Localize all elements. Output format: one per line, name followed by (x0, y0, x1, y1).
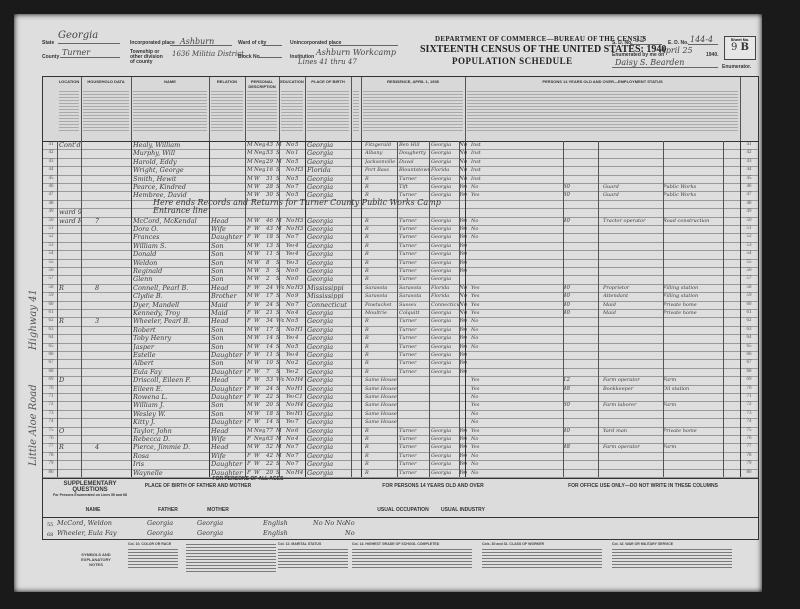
margin-note-road: Little Aloe Road (28, 384, 39, 466)
cell-race: W (254, 175, 265, 183)
line-number: 72 (44, 402, 58, 407)
cell-res-city: Sarasota (365, 292, 397, 300)
col-employment: PERSONS 14 YEARS OLD AND OVER—EMPLOYMENT… (465, 77, 741, 141)
cell-res-city: R (365, 275, 397, 283)
cell-ms: Wd (276, 284, 284, 292)
cell-sch: No (286, 452, 294, 460)
cell-res-state: Georgia (431, 351, 459, 359)
cell-birth: Connecticut (307, 301, 351, 309)
enumerated-date: April 25 (660, 46, 693, 55)
cell-ms: M (276, 452, 284, 460)
cell-grade: 5 (295, 343, 305, 351)
column-rule (459, 141, 460, 477)
line-number-right: 43 (742, 159, 756, 164)
cell-ms: S (276, 343, 284, 351)
cell-rel: Daughter (211, 418, 245, 426)
cell-grade: 4 (295, 250, 305, 258)
column-rule (598, 141, 599, 477)
cell-res-city: R (365, 469, 397, 477)
column-rule (57, 141, 58, 477)
year-suffix: 1940. (706, 52, 719, 58)
cell-race: Neg (254, 141, 265, 149)
cell-occ: Maid (603, 309, 663, 317)
cell-res-city: R (365, 452, 397, 460)
cell-age: 17 (266, 292, 275, 300)
cell-emp: No (471, 334, 483, 342)
cell-ind: Farm (663, 401, 723, 409)
cell-grade: 7 (295, 301, 305, 309)
unincorporated-underline (330, 45, 398, 46)
cell-res-state: Georgia (431, 233, 459, 241)
cell-ms: Wd (276, 317, 284, 325)
cell-rel: Son (211, 267, 245, 275)
line-number-right: 45 (742, 176, 756, 181)
line-number: 50 (44, 218, 58, 223)
cell-res-city: Same House (365, 393, 397, 401)
sheet-number-box: Sheet No. 9 B (724, 36, 756, 60)
cell-res-city: R (365, 225, 397, 233)
state-value: Georgia (58, 30, 98, 41)
cell-age: 13 (266, 242, 275, 250)
cell-birth: Georgia (307, 158, 351, 166)
cell-res-state: Georgia (431, 359, 459, 367)
supp-all-ages-header: FOR PERSONS OF ALL AGES (193, 476, 303, 482)
cell-res-city: R (365, 326, 397, 334)
line-number: 47 (44, 192, 58, 197)
cell-birth: Georgia (307, 334, 351, 342)
cell-birth: Georgia (307, 309, 351, 317)
cell-race: W (254, 376, 265, 384)
cell-ms: M (276, 158, 284, 166)
cell-loc: ward R (59, 217, 81, 225)
cell-sex: M (247, 427, 253, 435)
cell-sex: F (247, 393, 253, 401)
cell-name: Harold, Eddy (133, 158, 209, 166)
cell-occ: Guard (603, 183, 663, 191)
cell-rel: Son (211, 250, 245, 258)
supp-social-security: No (345, 527, 355, 539)
cell-ms: S (276, 401, 284, 409)
cell-name: Estelle (133, 351, 209, 359)
cell-res-state: Georgia (431, 250, 459, 258)
cell-emp: No (471, 183, 483, 191)
cell-birth: Georgia (307, 435, 351, 443)
cell-name: Taylor, John (133, 427, 209, 435)
cell-ms: S (276, 250, 284, 258)
cell-res-county: Dougherty (399, 149, 429, 157)
incorporated-underline (170, 45, 232, 46)
cell-emp: No (471, 435, 483, 443)
cell-ms: M (276, 217, 284, 225)
cell-race: W (254, 351, 265, 359)
cell-sch: Yes (286, 242, 294, 250)
cell-rel: Daughter (211, 351, 245, 359)
cell-emp: Yes (471, 401, 483, 409)
cell-ms: S (276, 292, 284, 300)
cell-occ: Guard (603, 191, 663, 199)
cell-res-state: Georgia (431, 334, 459, 342)
cell-sex: M (247, 334, 253, 342)
cell-hh: 4 (95, 443, 109, 451)
incorporated-label: Incorporated place (130, 40, 175, 46)
cell-grade: H1 (295, 410, 305, 418)
cell-sex: F (247, 233, 253, 241)
cell-emp: Yes (471, 427, 483, 435)
cell-res-state: Georgia (431, 343, 459, 351)
cell-age: 24 (266, 385, 275, 393)
cell-age: 21 (266, 309, 275, 317)
cell-res-city: Jacksonville (365, 158, 397, 166)
cell-sch: No (286, 275, 294, 283)
line-number-right: 70 (742, 386, 756, 391)
cell-res-state: Georgia (431, 217, 459, 225)
line-number: 54 (44, 251, 58, 256)
cell-sch: No (286, 435, 294, 443)
cell-ms: S (276, 359, 284, 367)
line-number: 48 (44, 201, 58, 206)
cell-birth: Georgia (307, 460, 351, 468)
cell-res-state: Georgia (431, 452, 459, 460)
cell-age: 43 (266, 225, 275, 233)
row-annotation: Entrance line (153, 206, 208, 215)
cell-race: W (254, 401, 265, 409)
cell-sch: No (286, 401, 294, 409)
cell-birth: Georgia (307, 452, 351, 460)
cell-loc: O (59, 427, 81, 435)
cell-emp: No (471, 317, 483, 325)
line-number: 70 (44, 386, 58, 391)
cell-sch: No (286, 149, 294, 157)
cell-res-county: Turner (399, 469, 429, 477)
cell-sex: M (247, 275, 253, 283)
cell-res-state: Georgia (431, 309, 459, 317)
cell-res-state: Georgia (431, 149, 459, 157)
cell-ms: S (276, 242, 284, 250)
cell-age: 53 (266, 376, 275, 384)
cell-birth: Georgia (307, 242, 351, 250)
cell-age: 24 (266, 301, 275, 309)
column-rule (429, 141, 430, 477)
column-rule (740, 141, 741, 477)
cell-ms: S (276, 385, 284, 393)
cell-emp: No (471, 469, 483, 477)
cell-ind: Farm (663, 376, 723, 384)
cell-birth: Mississippi (307, 292, 351, 300)
cell-sex: M (247, 326, 253, 334)
cell-race: Neg (254, 166, 265, 174)
cell-res-city: Same House (365, 385, 397, 393)
sd-value: 12 (635, 35, 645, 44)
line-number-right: 41 (742, 142, 756, 147)
supp-veteran: No No No (313, 517, 346, 529)
line-number: 75 (44, 428, 58, 433)
line-number: 71 (44, 394, 58, 399)
line-number: 56 (44, 268, 58, 273)
cell-hours: 12 (563, 376, 577, 384)
state-label: State (42, 40, 54, 46)
cell-birth: Georgia (307, 275, 351, 283)
cell-res-county: Turner (399, 275, 429, 283)
cell-grade: 7 (295, 460, 305, 468)
cell-emp: No (471, 393, 483, 401)
cell-hh: 7 (95, 217, 109, 225)
cell-hh: 3 (95, 317, 109, 325)
cell-sex: M (247, 250, 253, 258)
cell-sex: F (247, 460, 253, 468)
cell-res-state: Georgia (431, 259, 459, 267)
cell-ms: S (276, 175, 284, 183)
line-number-right: 49 (742, 209, 756, 214)
cell-rel: Head (211, 376, 245, 384)
cell-birth: Georgia (307, 149, 351, 157)
cell-emp: Inst (471, 175, 483, 183)
line-number: 65 (44, 344, 58, 349)
cell-ms: Wd (276, 376, 284, 384)
institution-value: Ashburn Workcamp (316, 48, 396, 57)
cell-birth: Georgia (307, 217, 351, 225)
line-number-right: 54 (742, 251, 756, 256)
cell-name: Wesley W. (133, 410, 209, 418)
line-number: 80 (44, 470, 58, 475)
cell-res-county: Turner (399, 317, 429, 325)
cell-grade: 7 (295, 452, 305, 460)
cell-birth: Georgia (307, 359, 351, 367)
line-number-right: 61 (742, 310, 756, 315)
cell-res-city: Fitzgerald (365, 141, 397, 149)
cell-grade: 5 (295, 175, 305, 183)
cell-emp: Yes (471, 191, 483, 199)
note-col-10: Col. 10. COLOR OR RACE (128, 542, 178, 572)
cell-grade: H3 (295, 166, 305, 174)
cell-ms: S (276, 351, 284, 359)
cell-race: W (254, 317, 265, 325)
line-number: 73 (44, 411, 58, 416)
cell-res-state: Georgia (431, 275, 459, 283)
cell-hours: 60 (563, 401, 577, 409)
column-rule (723, 141, 724, 477)
supp-office-header: FOR OFFICE USE ONLY—DO NOT WRITE IN THES… (543, 483, 743, 489)
cell-loc: D (59, 376, 81, 384)
cell-res-county: Turner (399, 326, 429, 334)
cell-rel: Head (211, 217, 245, 225)
county-underline (60, 57, 120, 58)
cell-emp: Yes (471, 309, 483, 317)
cell-res-state: Georgia (431, 326, 459, 334)
cell-age: 24 (266, 284, 275, 292)
cell-res-state: Florida (431, 166, 459, 174)
cell-sex: M (247, 242, 253, 250)
cell-name: Reginald (133, 267, 209, 275)
cell-res-state: Georgia (431, 267, 459, 275)
cell-res-county: Turner (399, 267, 429, 275)
cell-name: Murphy, Will (133, 149, 209, 157)
cell-sex: M (247, 443, 253, 451)
cell-ind: Filling station (663, 284, 723, 292)
line-number-right: 64 (742, 335, 756, 340)
cell-ms: S (276, 183, 284, 191)
cell-birth: Georgia (307, 317, 351, 325)
cell-res-city: R (365, 359, 397, 367)
cell-age: 22 (266, 393, 275, 401)
cell-race: W (254, 225, 265, 233)
cell-sex: F (247, 385, 253, 393)
cell-age: 52 (266, 443, 275, 451)
symbols-heading: SYMBOLS AND EXPLANATORY NOTES (76, 552, 116, 567)
cell-rel: Daughter (211, 460, 245, 468)
cell-birth: Georgia (307, 410, 351, 418)
cell-sex: M (247, 217, 253, 225)
cell-res-county: Ben Hill (399, 141, 429, 149)
cell-ms: S (276, 259, 284, 267)
cell-ind: Road construction (663, 217, 723, 225)
cell-rel: Son (211, 401, 245, 409)
cell-rel: Son (211, 259, 245, 267)
cell-sex: F (247, 368, 253, 376)
cell-grade: 2 (295, 359, 305, 367)
cell-res-city: R (365, 217, 397, 225)
cell-res-city: Albany (365, 149, 397, 157)
line-number: 69 (44, 377, 58, 382)
cell-name: Pearce, Kindred (133, 183, 209, 191)
line-number-right: 73 (742, 411, 756, 416)
cell-name: Clydie B. (133, 292, 209, 300)
cell-res-state: Georgia (431, 242, 459, 250)
supp-name: Wheeler, Eula Fay (57, 527, 117, 539)
column-rule (361, 141, 362, 477)
cell-hours: 40 (563, 301, 577, 309)
cell-grade: H4 (295, 401, 305, 409)
cell-occ: Yard man (603, 427, 663, 435)
cell-occ: Farm operator (603, 376, 663, 384)
line-number-right: 42 (742, 150, 756, 155)
cell-grade: H4 (295, 376, 305, 384)
cell-res-county: Turner (399, 443, 429, 451)
cell-sex: M (247, 175, 253, 183)
cell-name: Eileen E. (133, 385, 209, 393)
cell-sch: No (286, 326, 294, 334)
cell-grade: 5 (295, 141, 305, 149)
line-number: 59 (44, 293, 58, 298)
cell-emp: No (471, 460, 483, 468)
cell-res-city: R (365, 443, 397, 451)
supp-mother-header: MOTHER (193, 507, 243, 513)
cell-res-county: Turner (399, 368, 429, 376)
line-number: 78 (44, 453, 58, 458)
cell-name: Jasper (133, 343, 209, 351)
cell-res-state: Georgia (431, 175, 459, 183)
cell-emp: No (471, 233, 483, 241)
supp-father: Georgia (147, 527, 173, 539)
cell-rel: Wife (211, 225, 245, 233)
cell-loc: Cont'd (59, 141, 81, 149)
cell-age: 34 (266, 317, 275, 325)
line-number: 63 (44, 327, 58, 332)
supp-language: English (263, 527, 288, 539)
cell-res-city: R (365, 435, 397, 443)
line-number: 66 (44, 352, 58, 357)
cell-name: Weldon (133, 259, 209, 267)
cell-grade: 4 (295, 242, 305, 250)
cell-emp: No (471, 326, 483, 334)
cell-grade: 4 (295, 351, 305, 359)
cell-hours: 48 (563, 385, 577, 393)
cell-race: W (254, 242, 265, 250)
cell-grade: 9 (295, 292, 305, 300)
line-number-right: 46 (742, 184, 756, 189)
cell-emp: Yes (471, 292, 483, 300)
cell-age: 14 (266, 343, 275, 351)
cell-grade: H3 (295, 217, 305, 225)
line-number: 67 (44, 360, 58, 365)
cell-name: McCord, McKendal (133, 217, 209, 225)
cell-ms: S (276, 301, 284, 309)
cell-age: 11 (266, 250, 275, 258)
cell-grade: 7 (295, 418, 305, 426)
supp-fourteen-header: FOR PERSONS 14 YEARS OLD AND OVER (363, 483, 503, 489)
cell-name: Albert (133, 359, 209, 367)
note-marital: Col. 12. MARITAL STATUS (278, 542, 348, 572)
cell-occ: Maid (603, 301, 663, 309)
cell-sex: M (247, 359, 253, 367)
cell-grade: 0 (295, 275, 305, 283)
line-number: 68 (44, 369, 58, 374)
cell-race: W (254, 217, 265, 225)
cell-name: Healy, William (133, 141, 209, 149)
cell-loc: ward 9 (59, 208, 82, 216)
column-rule (209, 141, 210, 477)
line-number-right: 47 (742, 192, 756, 197)
cell-res-county: Turner (399, 225, 429, 233)
ed-value: 144-4 (690, 35, 713, 44)
line-number-right: 51 (742, 226, 756, 231)
cell-emp: Yes (471, 385, 483, 393)
line-number: 58 (44, 285, 58, 290)
line-number-right: 71 (742, 394, 756, 399)
cell-res-state: Georgia (431, 460, 459, 468)
cell-sch: No (286, 443, 294, 451)
cell-age: 22 (266, 460, 275, 468)
cell-age: 5 (266, 267, 275, 275)
line-number: 77 (44, 444, 58, 449)
enumerator-label: Enumerator. (722, 64, 751, 70)
cell-res-state: Florida (431, 284, 459, 292)
cell-birth: Georgia (307, 393, 351, 401)
line-number: 41 (44, 142, 58, 147)
cell-grade: 6 (295, 427, 305, 435)
cell-res-county: Sussex (399, 301, 429, 309)
line-number-right: 75 (742, 428, 756, 433)
cell-name: Kitty J. (133, 418, 209, 426)
cell-grade: 1 (295, 149, 305, 157)
cell-res-city: R (365, 242, 397, 250)
supplementary-questions: SUPPLEMENTARY QUESTIONS For Persons Enum… (42, 478, 759, 540)
line-number: 44 (44, 167, 58, 172)
line-number-right: 72 (742, 402, 756, 407)
cell-age: 20 (266, 401, 275, 409)
line-number: 43 (44, 159, 58, 164)
cell-name: Eula Fay (133, 368, 209, 376)
cell-race: W (254, 259, 265, 267)
schedule-title: POPULATION SCHEDULE (452, 56, 573, 66)
cell-grade: 5 (295, 158, 305, 166)
column-rule (279, 141, 280, 477)
cell-name: Frances (133, 233, 209, 241)
cell-sch: No (286, 158, 294, 166)
cell-birth: Georgia (307, 418, 351, 426)
line-number-right: 59 (742, 293, 756, 298)
cell-res-city: R (365, 267, 397, 275)
cell-name: Pierce, Jimmie D. (133, 443, 209, 451)
